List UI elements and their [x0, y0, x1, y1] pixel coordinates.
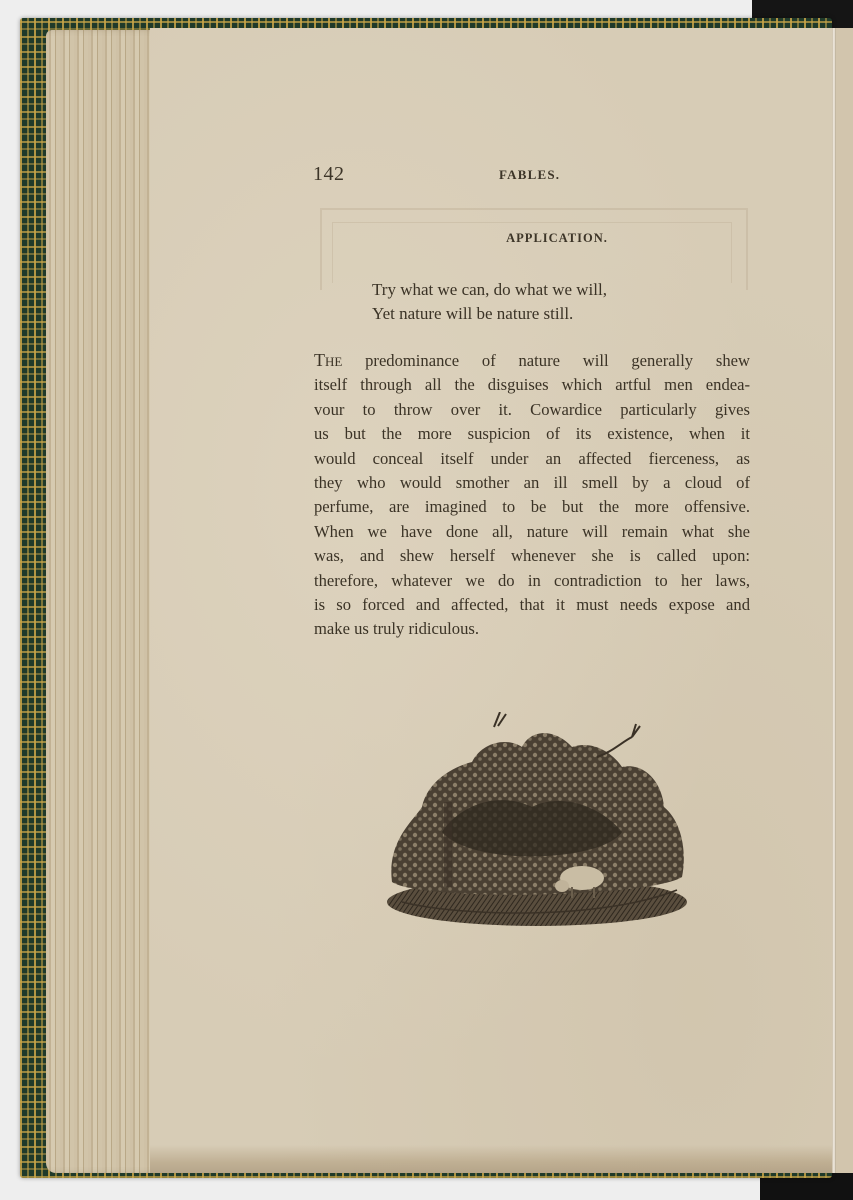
body-line: The predominance of nature will generall…	[314, 348, 750, 373]
couplet-line: Try what we can, do what we will,	[372, 278, 607, 302]
facing-page-edge	[836, 28, 853, 1173]
page-number: 142	[313, 163, 345, 186]
drop-word: The	[314, 350, 342, 370]
running-head: 142 FABLES.	[313, 163, 749, 191]
book-photograph: 142 FABLES. APPLICATION. Try what we can…	[0, 0, 853, 1200]
body-line: itself through all the disguises which a…	[314, 373, 750, 397]
body-line: they who would smother an ill smell by a…	[314, 471, 750, 495]
body-line: vour to throw over it. Cowardice particu…	[314, 398, 750, 422]
woodcut-vignette-icon	[382, 712, 692, 934]
body-paragraph: The predominance of nature will generall…	[314, 348, 750, 642]
body-line: make us truly ridiculous.	[314, 617, 750, 641]
couplet-line: Yet nature will be nature still.	[372, 302, 607, 326]
page-edges	[46, 30, 166, 1173]
body-line: would conceal itself under an affected f…	[314, 447, 750, 471]
body-line: is so forced and affected, that it must …	[314, 593, 750, 617]
section-heading: APPLICATION.	[313, 231, 749, 246]
body-line: perfume, are imagined to be but the more…	[314, 495, 750, 519]
body-line: was, and shew herself whenever she is ca…	[314, 544, 750, 568]
epigraph-couplet: Try what we can, do what we will, Yet na…	[372, 278, 607, 326]
body-line: us but the more suspicion of its existen…	[314, 422, 750, 446]
body-line: therefore, whatever we do in contradicti…	[314, 569, 750, 593]
running-title: FABLES.	[499, 167, 560, 183]
body-line: When we have done all, nature will remai…	[314, 520, 750, 544]
